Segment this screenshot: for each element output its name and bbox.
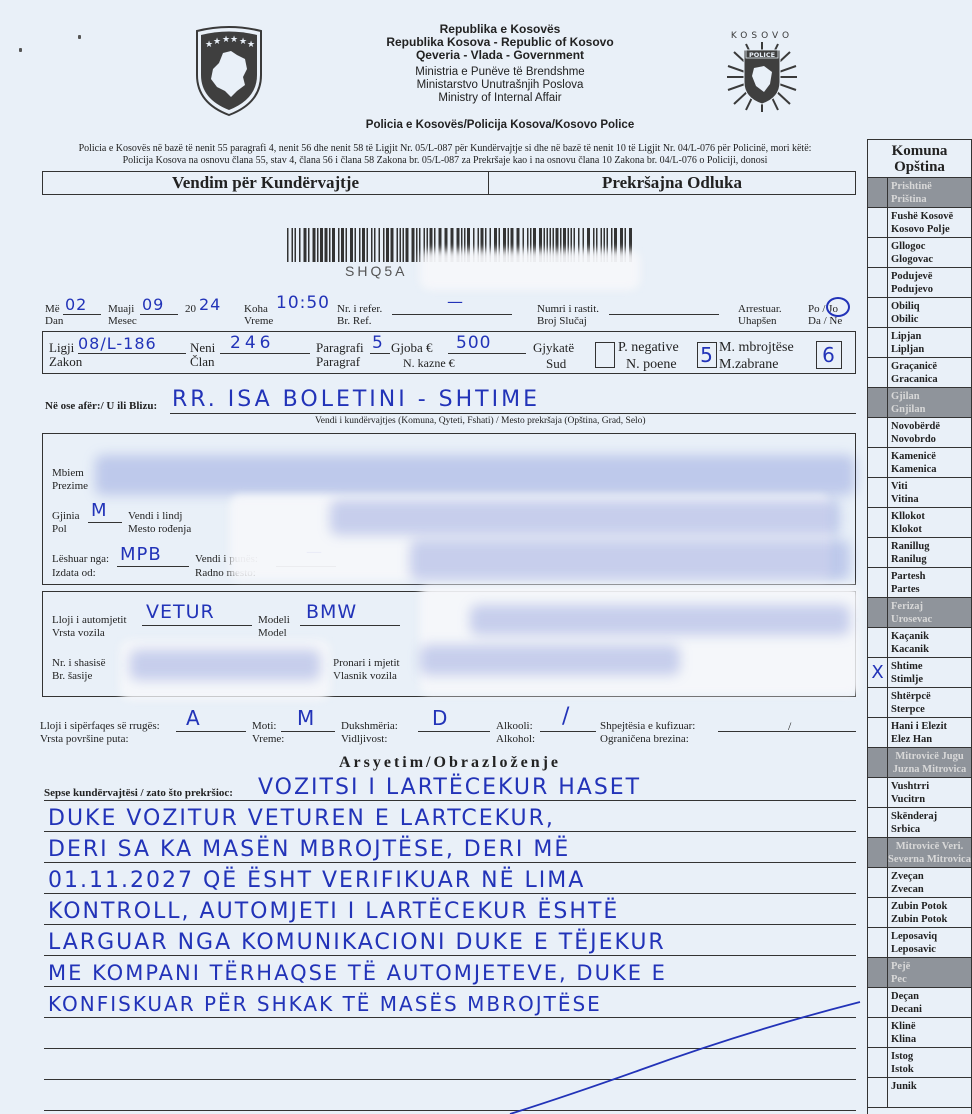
surname-label: Mbiem bbox=[52, 467, 84, 479]
municipality-checkbox[interactable] bbox=[868, 298, 888, 327]
reasoning-label: Sepse kundërvajtësi / zato što prekršioc… bbox=[44, 787, 233, 799]
municipality-checkbox[interactable] bbox=[868, 268, 888, 297]
court-checkbox[interactable] bbox=[595, 342, 615, 368]
municipality-name: GjilanGnjilan bbox=[888, 388, 971, 417]
arrest-label: Arrestuar. bbox=[738, 303, 782, 315]
birthplace-label: Vendi i lindj bbox=[128, 510, 182, 522]
road-label: Lloji i sipërfaqes së rrugës: bbox=[40, 720, 160, 732]
municipality-name: VushtrriVucitrn bbox=[888, 778, 971, 807]
form-title-bar: Vendim për Kundërvajtje Prekršajna Odluk… bbox=[42, 171, 856, 195]
municipality-name: ObiliqObilic bbox=[888, 298, 971, 327]
municipality-name: Junik bbox=[888, 1078, 971, 1107]
year-prefix: 20 bbox=[185, 303, 196, 315]
municipality-row[interactable]: Zubin PotokZubin Potok bbox=[868, 898, 971, 928]
time-field[interactable]: 10:50 bbox=[276, 300, 336, 316]
vehicle-model-label: Modeli bbox=[258, 614, 290, 626]
svg-text:★: ★ bbox=[213, 37, 221, 47]
chassis-label: Nr. i shasisë bbox=[52, 657, 105, 669]
municipality-row[interactable]: NovobërdëNovobrdo bbox=[868, 418, 971, 448]
municipality-checkbox[interactable] bbox=[868, 928, 888, 957]
arrest-selected-circle bbox=[826, 297, 850, 317]
municipality-name: PejëPec bbox=[888, 958, 971, 987]
month-label-sr: Mesec bbox=[108, 315, 137, 327]
municipality-checkbox[interactable] bbox=[868, 328, 888, 357]
municipality-name: DeçanDecani bbox=[888, 988, 971, 1017]
birthplace-label-sr: Mesto rođenja bbox=[128, 523, 191, 535]
municipality-name: ShtërpcëSterpce bbox=[888, 688, 971, 717]
gender-field[interactable]: M bbox=[88, 508, 122, 523]
municipality-row[interactable]: ObiliqObilic bbox=[868, 298, 971, 328]
case-label-sr: Broj Slučaj bbox=[537, 315, 587, 327]
municipality-row[interactable]: Junik bbox=[868, 1078, 971, 1108]
svg-text:★: ★ bbox=[222, 35, 230, 45]
weather-label-sr: Vreme: bbox=[252, 733, 284, 745]
kosovo-coat-of-arms-icon: ★★★★★★ bbox=[193, 25, 265, 117]
municipality-name: IstogIstok bbox=[888, 1048, 971, 1077]
time-label: Koha bbox=[244, 303, 268, 315]
visibility-label-sr: Vidljivost: bbox=[341, 733, 387, 745]
municipality-checkbox[interactable] bbox=[868, 748, 888, 777]
road-field[interactable]: A bbox=[176, 718, 246, 732]
protective-box[interactable]: 6 bbox=[816, 341, 842, 369]
svg-text:★: ★ bbox=[205, 40, 213, 50]
header-ministry-sq: Ministria e Punëve të Brendshme bbox=[300, 66, 700, 79]
municipality-checkbox[interactable] bbox=[868, 868, 888, 897]
municipality-row[interactable]: PodujevëPodujevo bbox=[868, 268, 971, 298]
alcohol-field[interactable]: / bbox=[540, 718, 596, 732]
vehicle-type-label: Lloji i automjetit bbox=[52, 614, 127, 626]
municipality-checkbox[interactable] bbox=[868, 418, 888, 447]
municipality-name: FerizajUrosevac bbox=[888, 598, 971, 627]
municipality-checkbox[interactable] bbox=[868, 178, 888, 207]
municipality-row[interactable]: PejëPec bbox=[868, 958, 971, 988]
redacted-plate bbox=[470, 605, 850, 635]
reasoning-line: VOZITSI I LARTËCEKUR HASET bbox=[258, 775, 641, 800]
header-ministry-en: Ministry of Internal Affair bbox=[300, 92, 700, 105]
time-label-sr: Vreme bbox=[244, 315, 273, 327]
pen-stroke-komuna bbox=[60, 860, 960, 1040]
svg-text:POLICE: POLICE bbox=[749, 51, 775, 59]
surname-label-sr: Prezime bbox=[52, 480, 88, 492]
municipality-row[interactable]: ParteshPartes bbox=[868, 568, 971, 598]
municipality-checkbox[interactable] bbox=[868, 358, 888, 387]
speed-field[interactable]: / bbox=[718, 718, 856, 732]
redacted-owner-area bbox=[420, 585, 860, 695]
form-title-sq: Vendim për Kundërvajtje bbox=[43, 172, 489, 194]
issued-label: Lëshuar nga: bbox=[52, 553, 109, 565]
redacted-owner bbox=[420, 645, 680, 675]
paragraph-field[interactable]: 5 bbox=[370, 340, 390, 354]
municipality-row[interactable]: Mitrovicë JuguJuzna Mitrovica bbox=[868, 748, 971, 778]
municipality-row[interactable]: KlinëKlina bbox=[868, 1018, 971, 1048]
issued-label-sr: Izdata od: bbox=[52, 567, 96, 579]
redacted-chassis bbox=[130, 650, 320, 680]
reasoning-title: Arsyetim/Obrazloženje bbox=[0, 754, 900, 772]
legal-basis-sr: Policija Kosova na osnovu člana 55, stav… bbox=[30, 155, 860, 167]
municipality-row[interactable]: IstogIstok bbox=[868, 1048, 971, 1078]
municipality-name: ShtimeStimlje bbox=[888, 658, 971, 687]
vehicle-model-field[interactable]: BMW bbox=[300, 610, 400, 626]
road-label-sr: Vrsta površine puta: bbox=[40, 733, 129, 745]
municipality-name: Mitrovicë Veri.Severna Mitrovica bbox=[888, 838, 971, 867]
case-label: Numri i rastit. bbox=[537, 303, 599, 315]
protective-label: M. mbrojtëse bbox=[719, 340, 794, 356]
municipality-row[interactable]: LeposaviqLeposavic bbox=[868, 928, 971, 958]
gender-label: Gjinia bbox=[52, 510, 80, 522]
municipality-name: PrishtinëPriština bbox=[888, 178, 971, 207]
chassis-label-sr: Br. šasije bbox=[52, 670, 92, 682]
alcohol-label: Alkooli: bbox=[496, 720, 533, 732]
court-label-sr: Sud bbox=[546, 356, 566, 372]
kosovo-police-badge-icon: POLICE KOSOVO bbox=[722, 22, 802, 114]
municipality-checkbox[interactable] bbox=[868, 1078, 888, 1107]
municipality-row[interactable]: SkënderajSrbica bbox=[868, 808, 971, 838]
municipality-checkbox[interactable] bbox=[868, 778, 888, 807]
municipality-checkbox[interactable] bbox=[868, 1018, 888, 1047]
municipality-checkbox[interactable] bbox=[868, 478, 888, 507]
article-field[interactable]: 246 bbox=[220, 340, 310, 354]
vehicle-model-label-sr: Model bbox=[258, 627, 287, 639]
municipality-name: ZveçanZvecan bbox=[888, 868, 971, 897]
municipality-checkbox[interactable] bbox=[868, 808, 888, 837]
municipality-row[interactable]: GraçanicëGracanica bbox=[868, 358, 971, 388]
fine-label: Gjoba € bbox=[391, 340, 433, 356]
municipality-name: LeposaviqLeposavic bbox=[888, 928, 971, 957]
article-label-sr: Član bbox=[190, 354, 215, 370]
header-ministry-sr: Ministarstvo Unutrašnjih Poslova bbox=[300, 79, 700, 92]
municipality-header: Komuna Opština bbox=[868, 140, 971, 178]
year-field[interactable]: 24 bbox=[199, 301, 229, 315]
ref-label-sr: Br. Ref. bbox=[337, 315, 372, 327]
municipality-checkbox[interactable] bbox=[868, 988, 888, 1017]
municipality-name: SkënderajSrbica bbox=[888, 808, 971, 837]
municipality-name: Mitrovicë JuguJuzna Mitrovica bbox=[888, 748, 971, 777]
court-label: Gjykatë bbox=[533, 340, 574, 356]
day-label-sr: Dan bbox=[45, 315, 63, 327]
municipality-name: KaçanikKacanik bbox=[888, 628, 971, 657]
location-caption: Vendi i kundërvajtjes (Komuna, Qyteti, F… bbox=[315, 416, 646, 427]
municipality-row[interactable]: GllogocGlogovac bbox=[868, 238, 971, 268]
municipality-checkbox[interactable] bbox=[868, 718, 888, 747]
municipality-checkbox[interactable] bbox=[868, 538, 888, 567]
speed-label-sr: Ograničena brezina: bbox=[600, 733, 689, 745]
reasoning-line: DERI SA KA MASËN MBROJTËSE, DERI MË bbox=[48, 837, 570, 862]
neg-points-label: P. negative bbox=[618, 340, 679, 356]
municipality-row[interactable]: Hani i ElezitElez Han bbox=[868, 718, 971, 748]
law-label-sr: Zakon bbox=[49, 354, 82, 370]
municipality-checkbox[interactable] bbox=[868, 688, 888, 717]
month-field[interactable]: 09 bbox=[140, 301, 178, 315]
municipality-checkbox[interactable] bbox=[868, 388, 888, 417]
municipality-row[interactable]: XShtimeStimlje bbox=[868, 658, 971, 688]
municipality-row[interactable]: KamenicëKamenica bbox=[868, 448, 971, 478]
municipality-name: Hani i ElezitElez Han bbox=[888, 718, 971, 747]
issued-field[interactable]: MPB bbox=[117, 552, 189, 567]
weather-field[interactable]: M bbox=[281, 718, 335, 732]
ref-label: Nr. i refer. bbox=[337, 303, 382, 315]
municipality-checkbox[interactable] bbox=[868, 508, 888, 537]
municipality-checkbox[interactable] bbox=[868, 568, 888, 597]
gender-label-sr: Pol bbox=[52, 523, 67, 535]
municipality-row[interactable]: PrishtinëPriština bbox=[868, 178, 971, 208]
fine-field[interactable]: 500 bbox=[448, 340, 526, 354]
municipality-name: KlinëKlina bbox=[888, 1018, 971, 1047]
municipality-row[interactable]: RanillugRanilug bbox=[868, 538, 971, 568]
visibility-label: Dukshmëria: bbox=[341, 720, 398, 732]
municipality-checkbox[interactable] bbox=[868, 1048, 888, 1077]
svg-text:★: ★ bbox=[239, 37, 247, 47]
municipality-row[interactable]: GjilanGnjilan bbox=[868, 388, 971, 418]
municipality-row[interactable]: LipjanLipljan bbox=[868, 328, 971, 358]
municipality-row[interactable]: VushtrriVucitrn bbox=[868, 778, 971, 808]
weather-label: Moti: bbox=[252, 720, 276, 732]
ref-field[interactable]: — bbox=[392, 301, 512, 315]
municipality-name: PodujevëPodujevo bbox=[888, 268, 971, 297]
municipality-name: LipjanLipljan bbox=[888, 328, 971, 357]
municipality-name: Fushë KosovëKosovo Polje bbox=[888, 208, 971, 237]
arrest-label-sr: Uhapšen bbox=[738, 315, 777, 327]
municipality-checkbox[interactable] bbox=[868, 238, 888, 267]
redacted-address bbox=[410, 540, 850, 580]
month-label: Muaji bbox=[108, 303, 134, 315]
municipality-row[interactable]: FerizajUrosevac bbox=[868, 598, 971, 628]
municipality-checkbox[interactable] bbox=[868, 838, 888, 867]
vehicle-type-field[interactable]: VETUR bbox=[142, 610, 252, 626]
municipality-list: Komuna Opština PrishtinëPrištinaFushë Ko… bbox=[867, 139, 972, 1114]
redacted-barcode bbox=[420, 250, 640, 290]
reasoning-line: DUKE VOZITUR VETUREN E LARTCEKUR, bbox=[48, 806, 555, 831]
neg-points-label-sr: N. poene bbox=[626, 357, 677, 373]
redacted-name bbox=[95, 455, 855, 495]
municipality-name: GllogocGlogovac bbox=[888, 238, 971, 267]
municipality-row[interactable]: DeçanDecani bbox=[868, 988, 971, 1018]
visibility-field[interactable]: D bbox=[418, 718, 490, 732]
scan-speck bbox=[19, 48, 22, 52]
svg-text:★: ★ bbox=[230, 35, 238, 45]
owner-label-sr: Vlasnik vozila bbox=[333, 670, 397, 682]
case-field[interactable] bbox=[609, 301, 719, 315]
location-field[interactable]: RR. ISA BOLETINI - SHTIME bbox=[170, 385, 856, 414]
municipality-row[interactable]: KaçanikKacanik bbox=[868, 628, 971, 658]
owner-label: Pronari i mjetit bbox=[333, 657, 400, 669]
svg-text:★: ★ bbox=[247, 40, 255, 50]
protective-label-sr: M.zabrane bbox=[719, 357, 778, 373]
municipality-row[interactable]: KllokotKlokot bbox=[868, 508, 971, 538]
form-title-sr: Prekršajna Odluka bbox=[489, 172, 855, 194]
municipality-checkbox[interactable]: X bbox=[868, 658, 888, 687]
vehicle-type-label-sr: Vrsta vozila bbox=[52, 627, 105, 639]
municipality-row[interactable]: VitiVitina bbox=[868, 478, 971, 508]
municipality-name: VitiVitina bbox=[888, 478, 971, 507]
municipality-name: RanillugRanilug bbox=[888, 538, 971, 567]
scan-speck bbox=[78, 35, 81, 39]
law-field[interactable]: 08/L-186 bbox=[78, 340, 186, 354]
municipality-checkbox[interactable] bbox=[868, 208, 888, 237]
paragraph-label-sr: Paragraf bbox=[316, 354, 360, 370]
municipality-name: NovobërdëNovobrdo bbox=[888, 418, 971, 447]
fine-label-sr: N. kazne € bbox=[403, 356, 455, 371]
municipality-row[interactable]: ZveçanZvecan bbox=[868, 868, 971, 898]
day-field[interactable]: 02 bbox=[63, 301, 101, 315]
svg-text:KOSOVO: KOSOVO bbox=[731, 31, 793, 41]
municipality-checkbox[interactable] bbox=[868, 448, 888, 477]
municipality-checkbox[interactable] bbox=[868, 628, 888, 657]
neg-points-box[interactable]: 5 bbox=[697, 342, 717, 368]
municipality-checkbox[interactable] bbox=[868, 898, 888, 927]
header-police: Policia e Kosovës/Policija Kosova/Kosovo… bbox=[300, 119, 700, 131]
municipality-name: KamenicëKamenica bbox=[888, 448, 971, 477]
location-label: Në ose afër:/ U ili Blizu: bbox=[45, 400, 157, 412]
day-label: Më bbox=[45, 303, 60, 315]
header-government: Qeveria - Vlada - Government bbox=[300, 49, 700, 62]
barcode-text: SHQ5A bbox=[345, 263, 407, 279]
municipality-row[interactable]: ShtërpcëSterpce bbox=[868, 688, 971, 718]
legal-basis-sq: Policia e Kosovës në bazë të nenit 55 pa… bbox=[30, 143, 860, 155]
municipality-name: Zubin PotokZubin Potok bbox=[888, 898, 971, 927]
speed-label: Shpejtësia e kufizuar: bbox=[600, 720, 695, 732]
redacted-birthplace bbox=[330, 500, 840, 535]
municipality-checkbox[interactable] bbox=[868, 598, 888, 627]
municipality-name: GraçanicëGracanica bbox=[888, 358, 971, 387]
municipality-row[interactable]: Mitrovicë Veri.Severna Mitrovica bbox=[868, 838, 971, 868]
municipality-name: KllokotKlokot bbox=[888, 508, 971, 537]
municipality-row[interactable]: Fushë KosovëKosovo Polje bbox=[868, 208, 971, 238]
municipality-checkbox[interactable] bbox=[868, 958, 888, 987]
alcohol-label-sr: Alkohol: bbox=[496, 733, 535, 745]
municipality-name: ParteshPartes bbox=[888, 568, 971, 597]
